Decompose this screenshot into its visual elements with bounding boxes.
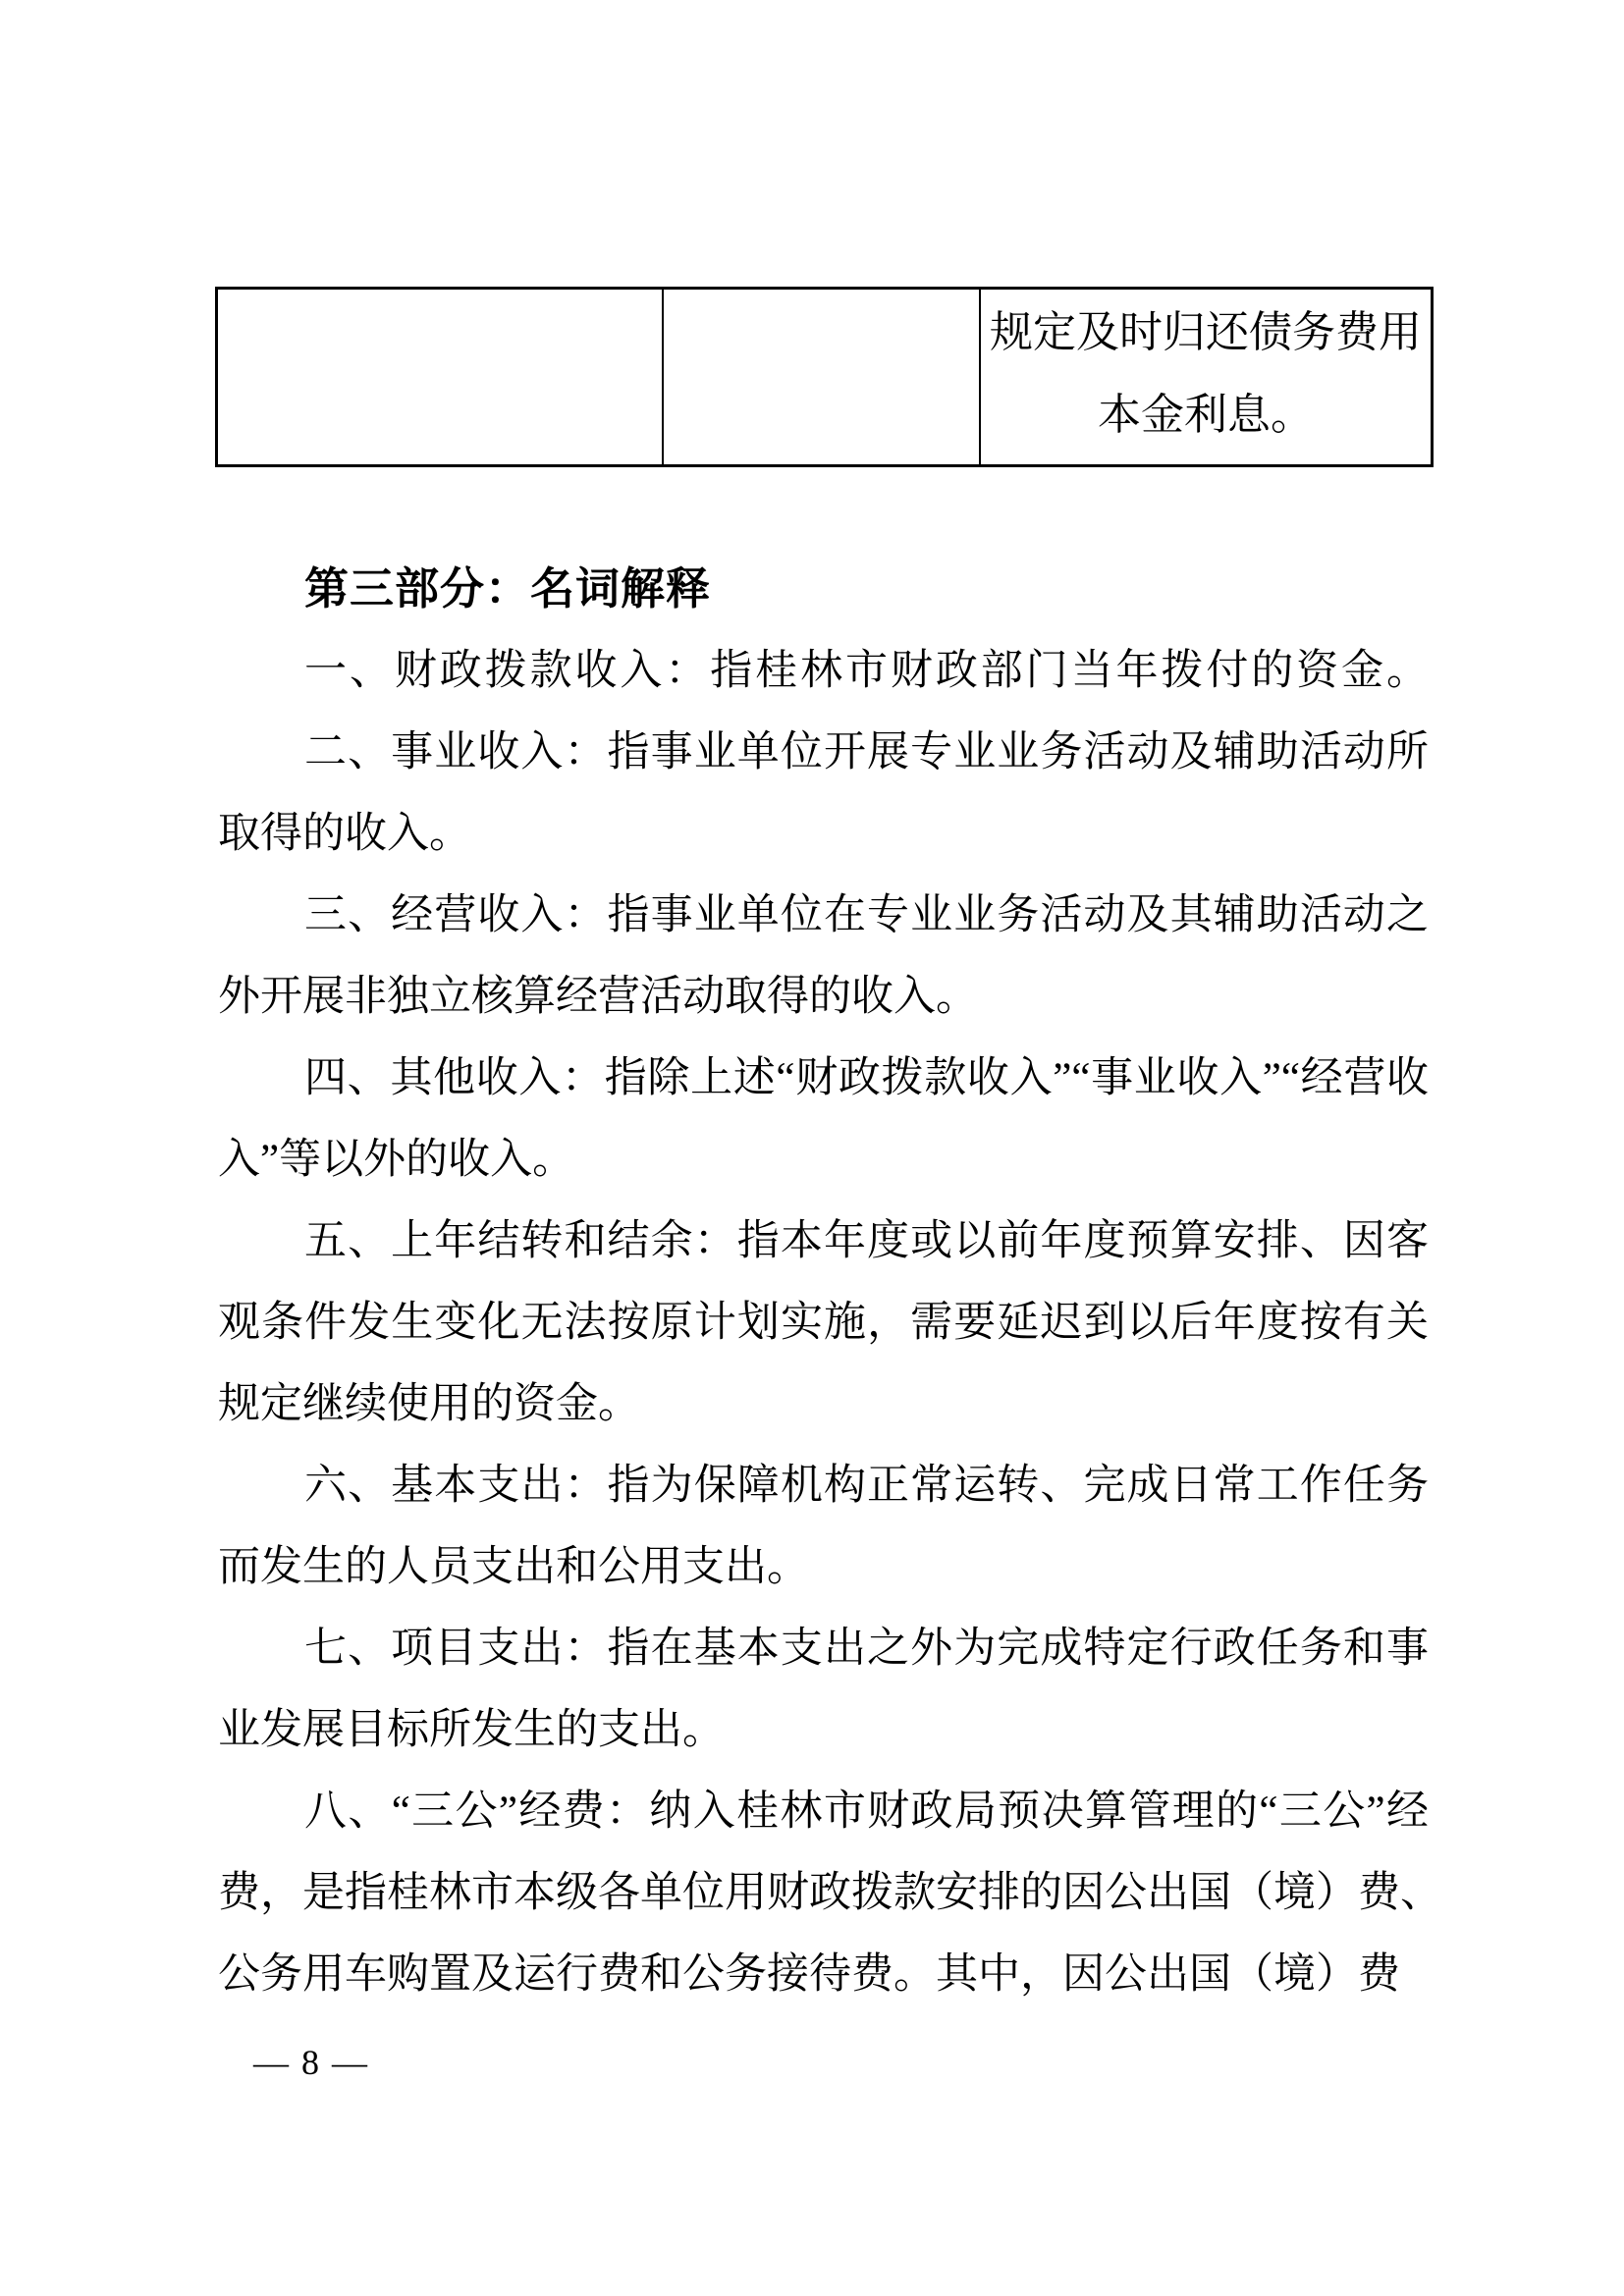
term-line: 取得的收入。 xyxy=(218,793,1429,875)
term-paragraph: 五、上年结转和结余：指本年度或以前年度预算安排、因客观条件发生变化无法按原计划实… xyxy=(218,1201,1429,1445)
term-paragraph: 七、项目支出：指在基本支出之外为完成特定行政任务和事业发展目标所发生的支出。 xyxy=(218,1608,1429,1771)
page-number: — 8 — xyxy=(253,2036,369,2089)
term-line: 四、其他收入：指除上述“财政拨款收入”“事业收入”“经营收 xyxy=(218,1038,1429,1119)
term-line: 一、财政拨款收入：指桂林市财政部门当年拨付的资金。 xyxy=(218,630,1429,712)
term-paragraph: 一、财政拨款收入：指桂林市财政部门当年拨付的资金。 xyxy=(218,630,1429,712)
term-line: 而发生的人员支出和公用支出。 xyxy=(218,1526,1429,1608)
table-cell-line: 规定及时归还债务费用 xyxy=(989,292,1423,374)
term-line: 六、基本支出：指为保障机构正常运转、完成日常工作任务 xyxy=(218,1445,1429,1526)
term-paragraph: 八、“三公”经费：纳入桂林市财政局预决算管理的“三公”经费，是指桂林市本级各单位… xyxy=(218,1771,1429,2015)
table-cell-2 xyxy=(662,290,979,464)
term-line: 入”等以外的收入。 xyxy=(218,1119,1429,1201)
term-paragraph: 二、事业收入：指事业单位开展专业业务活动及辅助活动所取得的收入。 xyxy=(218,712,1429,875)
term-line: 公务用车购置及运行费和公务接待费。其中，因公出国（境）费 xyxy=(218,1934,1429,2015)
term-paragraph: 六、基本支出：指为保障机构正常运转、完成日常工作任务而发生的人员支出和公用支出。 xyxy=(218,1445,1429,1608)
document-page: 规定及时归还债务费用本金利息。 第三部分：名词解释 一、财政拨款收入：指桂林市财… xyxy=(0,0,1624,2296)
term-line: 八、“三公”经费：纳入桂林市财政局预决算管理的“三公”经 xyxy=(218,1771,1429,1852)
table-cell-line: 本金利息。 xyxy=(989,374,1423,456)
section-heading: 第三部分：名词解释 xyxy=(304,561,711,616)
term-line: 规定继续使用的资金。 xyxy=(218,1363,1429,1445)
table-cell-3: 规定及时归还债务费用本金利息。 xyxy=(979,290,1431,464)
terms-list: 一、财政拨款收入：指桂林市财政部门当年拨付的资金。二、事业收入：指事业单位开展专… xyxy=(218,630,1429,2015)
budget-table-fragment: 规定及时归还债务费用本金利息。 xyxy=(215,287,1434,467)
term-line: 观条件发生变化无法按原计划实施，需要延迟到以后年度按有关 xyxy=(218,1282,1429,1363)
term-paragraph: 三、经营收入：指事业单位在专业业务活动及其辅助活动之外开展非独立核算经营活动取得… xyxy=(218,875,1429,1038)
term-line: 五、上年结转和结余：指本年度或以前年度预算安排、因客 xyxy=(218,1201,1429,1282)
term-line: 费，是指桂林市本级各单位用财政拨款安排的因公出国（境）费、 xyxy=(218,1852,1429,1934)
term-paragraph: 四、其他收入：指除上述“财政拨款收入”“事业收入”“经营收入”等以外的收入。 xyxy=(218,1038,1429,1201)
table-cell-1 xyxy=(218,290,662,464)
term-line: 业发展目标所发生的支出。 xyxy=(218,1689,1429,1771)
term-line: 七、项目支出：指在基本支出之外为完成特定行政任务和事 xyxy=(218,1608,1429,1689)
term-line: 外开展非独立核算经营活动取得的收入。 xyxy=(218,956,1429,1038)
term-line: 二、事业收入：指事业单位开展专业业务活动及辅助活动所 xyxy=(218,712,1429,793)
term-line: 三、经营收入：指事业单位在专业业务活动及其辅助活动之 xyxy=(218,875,1429,956)
